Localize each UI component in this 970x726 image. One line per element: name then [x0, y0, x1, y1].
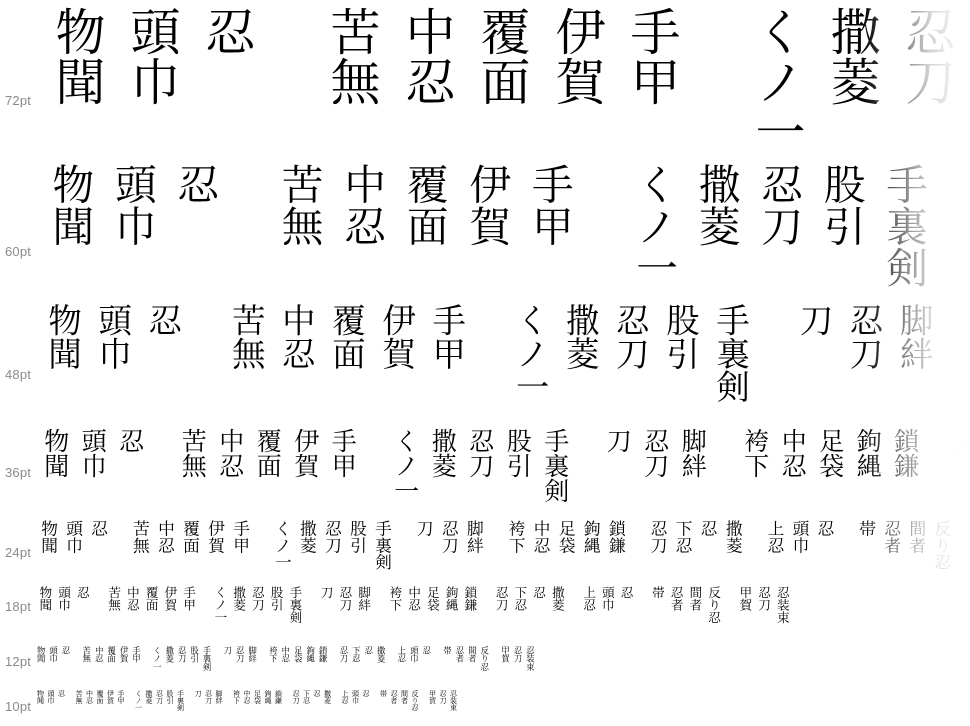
- word-column: 鎖鎌: [893, 428, 918, 478]
- word-column: 鎖鎌: [608, 520, 625, 553]
- word-group: 忍刀下忍忍撒菱: [649, 520, 741, 553]
- word-column: 忍刀: [643, 428, 668, 478]
- word-column: 間者: [908, 520, 925, 570]
- word-column: 伊賀: [163, 586, 176, 611]
- word-column: 忍刀: [178, 646, 186, 671]
- word-column: 頭巾: [96, 303, 129, 370]
- sample-text-columns: 物聞頭巾忍苦無中忍覆面伊賀手甲くノ一撒菱忍刀股引手裏剣刀忍刀脚絆袴下中忍足袋鉤縄…: [0, 303, 970, 403]
- word-group: くノ一撒菱忍刀股引手裏剣: [274, 520, 391, 570]
- word-group: 甲賀忍刀忍装束: [501, 646, 534, 671]
- size-label: 18pt: [5, 600, 31, 614]
- word-column: 甲賀: [428, 690, 435, 711]
- word-column: 撒菱: [563, 303, 596, 403]
- word-column: 刀: [797, 303, 830, 370]
- word-column: 忍: [362, 690, 369, 704]
- word-column: 下忍: [352, 646, 360, 663]
- word-column: 反り忍: [481, 646, 489, 671]
- word-column: 忍刀: [340, 646, 348, 663]
- word-group: 物聞頭巾忍: [43, 428, 143, 478]
- word-column: 苦無: [75, 690, 82, 704]
- word-column: 忍刀: [847, 303, 880, 370]
- word-column: 覆面: [145, 586, 158, 611]
- word-column: 忍刀: [955, 428, 970, 478]
- word-column: 間者: [468, 646, 476, 671]
- size-label: 12pt: [5, 655, 31, 669]
- word-column: 忍装束: [776, 586, 789, 624]
- word-column: 撒菱: [430, 428, 455, 503]
- word-column: 伊賀: [380, 303, 413, 370]
- word-column: 袴下: [507, 520, 524, 553]
- word-column: 手裏剣: [203, 646, 211, 671]
- specimen-row-60pt: 60pt物聞頭巾忍苦無中忍覆面伊賀手甲くノ一撒菱忍刀股引手裏剣刀忍刀脚絆袴下中忍…: [0, 163, 970, 303]
- word-column: 伊賀: [120, 646, 128, 663]
- word-column: 脚絆: [215, 690, 222, 704]
- specimen-waterfall: 72pt物聞頭巾忍苦無中忍覆面伊賀手甲くノ一撒菱忍刀股引手裏剣刀忍刀脚絆袴下中忍…: [0, 0, 970, 724]
- word-column: 忍刀: [757, 163, 799, 288]
- word-column: 脚絆: [248, 646, 256, 663]
- word-group: 帯忍者間者反り忍: [443, 646, 489, 671]
- word-column: 忍刀: [324, 520, 341, 570]
- word-column: 伊賀: [552, 6, 602, 106]
- word-group: 刀忍刀脚絆: [797, 303, 931, 370]
- word-group: 忍刀下忍忍撒菱: [340, 646, 386, 663]
- word-group: 物聞頭巾忍: [46, 303, 180, 370]
- word-column: 忍刀: [251, 586, 264, 624]
- word-group: 甲賀忍刀忍装束: [738, 586, 788, 624]
- specimen-row-36pt: 36pt物聞頭巾忍苦無中忍覆面伊賀手甲くノ一撒菱忍刀股引手裏剣刀忍刀脚絆袴下中忍…: [0, 428, 970, 520]
- word-column: 頭巾: [601, 586, 614, 611]
- sample-text-columns: 物聞頭巾忍苦無中忍覆面伊賀手甲くノ一撒菱忍刀股引手裏剣刀忍刀脚絆袴下中忍足袋鉤縄…: [0, 646, 970, 671]
- word-column: 上忍: [398, 646, 406, 663]
- sample-text-columns: 物聞頭巾忍苦無中忍覆面伊賀手甲くノ一撒菱忍刀股引手裏剣刀忍刀脚絆袴下中忍足袋鉤縄…: [0, 6, 970, 156]
- word-column: 苦無: [327, 6, 377, 106]
- word-column: 反り忍: [707, 586, 720, 624]
- word-column: 帯: [379, 690, 386, 711]
- word-group: 上忍頭巾忍: [766, 520, 833, 553]
- word-column: 苦無: [180, 428, 205, 478]
- word-group: 上忍頭巾忍: [398, 646, 431, 663]
- word-group: くノ一撒菱忍刀股引手裏剣: [153, 646, 211, 671]
- specimen-row-12pt: 12pt物聞頭巾忍苦無中忍覆面伊賀手甲くノ一撒菱忍刀股引手裏剣刀忍刀脚絆袴下中忍…: [0, 646, 970, 690]
- word-column: 物聞: [43, 428, 68, 478]
- word-group: 忍刀下忍忍撒菱: [292, 690, 331, 704]
- word-column: 手甲: [627, 6, 677, 106]
- word-group: 帯忍者間者反り忍: [379, 690, 418, 711]
- word-column: 間者: [400, 690, 407, 711]
- word-group: 上忍頭巾忍: [582, 586, 632, 611]
- word-column: 物聞: [38, 586, 51, 611]
- word-column: 下忍: [302, 690, 309, 704]
- word-column: 足袋: [558, 520, 575, 553]
- word-column: 苦無: [83, 646, 91, 663]
- word-column: くノ一: [134, 690, 141, 711]
- sample-text-columns: 物聞頭巾忍苦無中忍覆面伊賀手甲くノ一撒菱忍刀股引手裏剣刀忍刀脚絆袴下中忍足袋鉤縄…: [0, 690, 970, 711]
- word-column: 撒菱: [323, 690, 330, 704]
- word-column: 頭巾: [65, 520, 82, 553]
- word-column: 忍: [90, 520, 107, 553]
- word-column: 中忍: [243, 690, 250, 704]
- word-column: 忍刀: [902, 6, 952, 156]
- word-column: くノ一: [632, 163, 674, 288]
- word-column: 忍刀: [338, 586, 351, 611]
- word-column: 頭巾: [127, 6, 177, 106]
- word-group: 刀忍刀脚絆: [416, 520, 483, 553]
- word-column: 上忍: [766, 520, 783, 553]
- word-group: 上忍頭巾忍: [341, 690, 369, 704]
- word-column: 足袋: [818, 428, 843, 478]
- sample-text-columns: 物聞頭巾忍苦無中忍覆面伊賀手甲くノ一撒菱忍刀股引手裏剣刀忍刀脚絆袴下中忍足袋鉤縄…: [0, 520, 970, 570]
- sample-text-columns: 物聞頭巾忍苦無中忍覆面伊賀手甲くノ一撒菱忍刀股引手裏剣刀忍刀脚絆袴下中忍足袋鉤縄…: [0, 163, 970, 288]
- size-label: 24pt: [5, 546, 31, 560]
- word-column: 帯: [651, 586, 664, 624]
- word-column: 手甲: [182, 586, 195, 611]
- word-group: くノ一撒菱忍刀股引手裏剣: [632, 163, 924, 288]
- word-column: くノ一: [153, 646, 161, 671]
- word-group: 苦無中忍覆面伊賀手甲: [278, 163, 570, 246]
- word-column: 手裏剣: [714, 303, 747, 403]
- word-column: 間者: [688, 586, 701, 624]
- word-group: 帯忍者間者反り忍: [858, 520, 950, 570]
- word-group: 物聞頭巾忍: [37, 646, 70, 663]
- word-column: 覆面: [255, 428, 280, 478]
- word-group: 甲賀忍刀忍装束: [428, 690, 456, 711]
- word-column: 股引: [664, 303, 697, 403]
- word-column: 股引: [349, 520, 366, 570]
- word-column: 撒菱: [724, 520, 741, 553]
- word-group: 帯忍者間者反り忍: [651, 586, 720, 624]
- word-group: 物聞頭巾忍: [38, 586, 88, 611]
- size-label: 48pt: [5, 368, 31, 382]
- word-group: 物聞頭巾忍: [49, 163, 216, 246]
- word-column: 足袋: [426, 586, 439, 611]
- word-column: 下忍: [674, 520, 691, 553]
- word-column: 上忍: [341, 690, 348, 704]
- word-column: くノ一: [513, 303, 546, 403]
- word-column: 股引: [190, 646, 198, 671]
- sample-text-columns: 物聞頭巾忍苦無中忍覆面伊賀手甲くノ一撒菱忍刀股引手裏剣刀忍刀脚絆袴下中忍足袋鉤縄…: [0, 428, 970, 503]
- word-column: 上忍: [582, 586, 595, 611]
- word-column: 袴下: [743, 428, 768, 478]
- word-column: 忍刀: [292, 690, 299, 704]
- word-group: 袴下中忍足袋鉤縄鎖鎌: [507, 520, 624, 553]
- word-group: 忍刀下忍忍撒菱: [955, 428, 970, 478]
- word-column: 頭巾: [351, 690, 358, 704]
- word-column: 忍者: [390, 690, 397, 711]
- word-column: 手裏剣: [374, 520, 391, 570]
- word-column: 忍者: [456, 646, 464, 671]
- word-column: 忍刀: [204, 690, 211, 704]
- word-column: 手裏剣: [543, 428, 568, 503]
- word-column: 袴下: [269, 646, 277, 663]
- word-column: 股引: [166, 690, 173, 711]
- word-column: 手甲: [330, 428, 355, 478]
- specimen-row-48pt: 48pt物聞頭巾忍苦無中忍覆面伊賀手甲くノ一撒菱忍刀股引手裏剣刀忍刀脚絆袴下中忍…: [0, 303, 970, 428]
- specimen-row-24pt: 24pt物聞頭巾忍苦無中忍覆面伊賀手甲くノ一撒菱忍刀股引手裏剣刀忍刀脚絆袴下中忍…: [0, 520, 970, 586]
- word-column: 刀: [223, 646, 231, 663]
- font-waterfall-page: { "page": { "background": "#ffffff", "te…: [0, 0, 970, 726]
- word-column: 忍: [816, 520, 833, 553]
- word-column: 頭巾: [49, 646, 57, 663]
- word-column: 中忍: [218, 428, 243, 478]
- word-column: 伊賀: [106, 690, 113, 704]
- word-column: 鉤縄: [264, 690, 271, 704]
- word-column: 覆面: [107, 646, 115, 663]
- word-group: くノ一撒菱忍刀股引手裏剣: [513, 303, 747, 403]
- size-label: 72pt: [5, 94, 31, 108]
- size-label: 10pt: [5, 700, 31, 714]
- word-column: 手甲: [132, 646, 140, 663]
- word-column: 伊賀: [207, 520, 224, 553]
- word-column: 物聞: [36, 690, 43, 704]
- word-column: 忍: [699, 520, 716, 553]
- word-column: 忍装束: [526, 646, 534, 671]
- word-column: 苦無: [132, 520, 149, 553]
- word-column: 中忍: [340, 163, 382, 246]
- word-group: 刀忍刀脚絆: [194, 690, 222, 704]
- word-column: 忍刀: [495, 586, 508, 611]
- word-column: 手甲: [117, 690, 124, 704]
- word-column: 忍者: [883, 520, 900, 570]
- word-group: 刀忍刀脚絆: [223, 646, 256, 663]
- word-column: 忍: [364, 646, 372, 663]
- word-column: 鉤縄: [855, 428, 880, 478]
- word-group: 苦無中忍覆面伊賀手甲: [327, 6, 677, 106]
- word-column: 足袋: [294, 646, 302, 663]
- word-group: くノ一撒菱忍刀股引手裏剣: [752, 6, 970, 156]
- word-column: 鉤縄: [445, 586, 458, 611]
- word-column: 中忍: [407, 586, 420, 611]
- word-column: 帯: [858, 520, 875, 570]
- word-column: 覆面: [477, 6, 527, 106]
- word-column: 伊賀: [293, 428, 318, 478]
- word-group: 忍刀下忍忍撒菱: [495, 586, 564, 611]
- sample-text-columns: 物聞頭巾忍苦無中忍覆面伊賀手甲くノ一撒菱忍刀股引手裏剣刀忍刀脚絆袴下中忍足袋鉤縄…: [0, 586, 970, 624]
- word-column: 股引: [270, 586, 283, 624]
- word-column: 中忍: [95, 646, 103, 663]
- word-column: 忍刀: [468, 428, 493, 503]
- word-column: 鉤縄: [306, 646, 314, 663]
- specimen-row-18pt: 18pt物聞頭巾忍苦無中忍覆面伊賀手甲くノ一撒菱忍刀股引手裏剣刀忍刀脚絆袴下中忍…: [0, 586, 970, 646]
- word-column: 撒菱: [299, 520, 316, 570]
- word-column: 反り忍: [933, 520, 950, 570]
- word-column: 忍装束: [449, 690, 456, 711]
- word-group: 苦無中忍覆面伊賀手甲: [83, 646, 141, 663]
- word-column: 撒菱: [551, 586, 564, 611]
- word-column: くノ一: [393, 428, 418, 503]
- word-column: 中忍: [85, 690, 92, 704]
- word-column: 手裏剣: [176, 690, 183, 711]
- word-column: 中忍: [282, 646, 290, 663]
- word-column: 忍: [62, 646, 70, 663]
- word-column: 忍刀: [236, 646, 244, 663]
- word-column: 忍刀: [613, 303, 646, 403]
- word-column: 中忍: [279, 303, 312, 370]
- word-column: 股引: [505, 428, 530, 503]
- word-group: 袴下中忍足袋鉤縄鎖鎌: [388, 586, 476, 611]
- word-column: 苦無: [278, 163, 320, 246]
- word-column: 忍: [202, 6, 252, 106]
- word-column: 中忍: [402, 6, 452, 106]
- word-column: 反り忍: [411, 690, 418, 711]
- word-column: 忍刀: [441, 520, 458, 553]
- word-column: 苦無: [229, 303, 262, 370]
- word-group: 苦無中忍覆面伊賀手甲: [229, 303, 463, 370]
- word-column: くノ一: [274, 520, 291, 570]
- word-column: 覆面: [403, 163, 445, 246]
- word-column: 物聞: [49, 163, 91, 246]
- word-column: 忍: [422, 646, 430, 663]
- word-column: 物聞: [37, 646, 45, 663]
- word-column: 手裏剣: [288, 586, 301, 624]
- word-column: 刀: [416, 520, 433, 553]
- word-column: くノ一: [213, 586, 226, 624]
- word-column: 忍: [118, 428, 143, 478]
- specimen-row-10pt: 10pt物聞頭巾忍苦無中忍覆面伊賀手甲くノ一撒菱忍刀股引手裏剣刀忍刀脚絆袴下中忍…: [0, 690, 970, 724]
- word-column: 忍: [620, 586, 633, 611]
- word-group: 苦無中忍覆面伊賀手甲: [180, 428, 355, 478]
- word-column: 忍: [146, 303, 179, 370]
- word-column: 頭巾: [80, 428, 105, 478]
- word-column: 伊賀: [466, 163, 508, 246]
- word-column: 撒菱: [165, 646, 173, 671]
- word-column: 頭巾: [47, 690, 54, 704]
- word-column: 脚絆: [680, 428, 705, 478]
- word-column: 撒菱: [695, 163, 737, 288]
- word-column: 中忍: [780, 428, 805, 478]
- word-column: 手甲: [430, 303, 463, 370]
- word-group: 袴下中忍足袋鉤縄鎖鎌: [743, 428, 918, 478]
- word-column: 手裏剣: [883, 163, 925, 288]
- word-column: 刀: [320, 586, 333, 611]
- word-column: 鎖鎌: [274, 690, 281, 704]
- word-column: 忍: [57, 690, 64, 704]
- word-column: 甲賀: [738, 586, 751, 624]
- word-group: 苦無中忍覆面伊賀手甲: [107, 586, 195, 611]
- word-column: 物聞: [40, 520, 57, 553]
- size-label: 60pt: [5, 245, 31, 259]
- word-column: 頭巾: [111, 163, 153, 246]
- word-group: 苦無中忍覆面伊賀手甲: [75, 690, 124, 704]
- word-column: 袴下: [232, 690, 239, 704]
- word-group: くノ一撒菱忍刀股引手裏剣: [134, 690, 183, 711]
- word-column: 忍刀: [514, 646, 522, 671]
- word-column: 帯: [443, 646, 451, 671]
- word-group: くノ一撒菱忍刀股引手裏剣: [213, 586, 301, 624]
- word-column: 刀: [605, 428, 630, 478]
- size-label: 36pt: [5, 466, 31, 480]
- word-group: 苦無中忍覆面伊賀手甲: [132, 520, 249, 553]
- word-column: 股引: [820, 163, 862, 288]
- word-column: 撒菱: [232, 586, 245, 624]
- word-column: 刀: [194, 690, 201, 704]
- word-column: 撒菱: [827, 6, 877, 156]
- word-column: 忍刀: [439, 690, 446, 711]
- word-column: 中忍: [157, 520, 174, 553]
- word-column: 撒菱: [377, 646, 385, 663]
- word-column: 手甲: [528, 163, 570, 246]
- word-column: 手甲: [232, 520, 249, 553]
- word-column: 物聞: [46, 303, 79, 370]
- word-column: 頭巾: [410, 646, 418, 663]
- word-column: 覆面: [96, 690, 103, 704]
- word-group: 刀忍刀脚絆: [605, 428, 705, 478]
- word-column: 中忍: [532, 520, 549, 553]
- word-group: 袴下中忍足袋鉤縄鎖鎌: [269, 646, 327, 663]
- word-column: 脚絆: [897, 303, 930, 370]
- word-column: 忍: [313, 690, 320, 704]
- specimen-row-72pt: 72pt物聞頭巾忍苦無中忍覆面伊賀手甲くノ一撒菱忍刀股引手裏剣刀忍刀脚絆袴下中忍…: [0, 6, 970, 163]
- word-column: 鎖鎌: [319, 646, 327, 663]
- word-column: くノ一: [752, 6, 802, 156]
- word-column: 忍: [532, 586, 545, 611]
- word-column: 忍刀: [757, 586, 770, 624]
- word-column: 忍刀: [649, 520, 666, 553]
- word-column: 下忍: [513, 586, 526, 611]
- word-group: くノ一撒菱忍刀股引手裏剣: [393, 428, 568, 503]
- word-column: 脚絆: [466, 520, 483, 553]
- word-group: 物聞頭巾忍: [36, 690, 64, 704]
- word-column: 鎖鎌: [463, 586, 476, 611]
- word-group: 刀忍刀脚絆: [320, 586, 370, 611]
- word-column: 中忍: [126, 586, 139, 611]
- word-column: 忍: [76, 586, 89, 611]
- word-column: 覆面: [330, 303, 363, 370]
- word-column: 袴下: [388, 586, 401, 611]
- word-column: 覆面: [182, 520, 199, 553]
- word-column: 撒菱: [145, 690, 152, 711]
- word-column: 忍刀: [155, 690, 162, 711]
- word-column: 甲賀: [501, 646, 509, 671]
- word-column: 苦無: [107, 586, 120, 611]
- word-group: 袴下中忍足袋鉤縄鎖鎌: [232, 690, 281, 704]
- word-column: 物聞: [52, 6, 102, 106]
- word-group: 物聞頭巾忍: [40, 520, 107, 553]
- word-column: 忍者: [670, 586, 683, 624]
- word-group: 物聞頭巾忍: [52, 6, 252, 106]
- word-column: 脚絆: [357, 586, 370, 611]
- word-column: 忍: [174, 163, 216, 246]
- word-column: 鉤縄: [583, 520, 600, 553]
- word-column: 頭巾: [57, 586, 70, 611]
- word-column: 頭巾: [791, 520, 808, 553]
- word-column: 足袋: [253, 690, 260, 704]
